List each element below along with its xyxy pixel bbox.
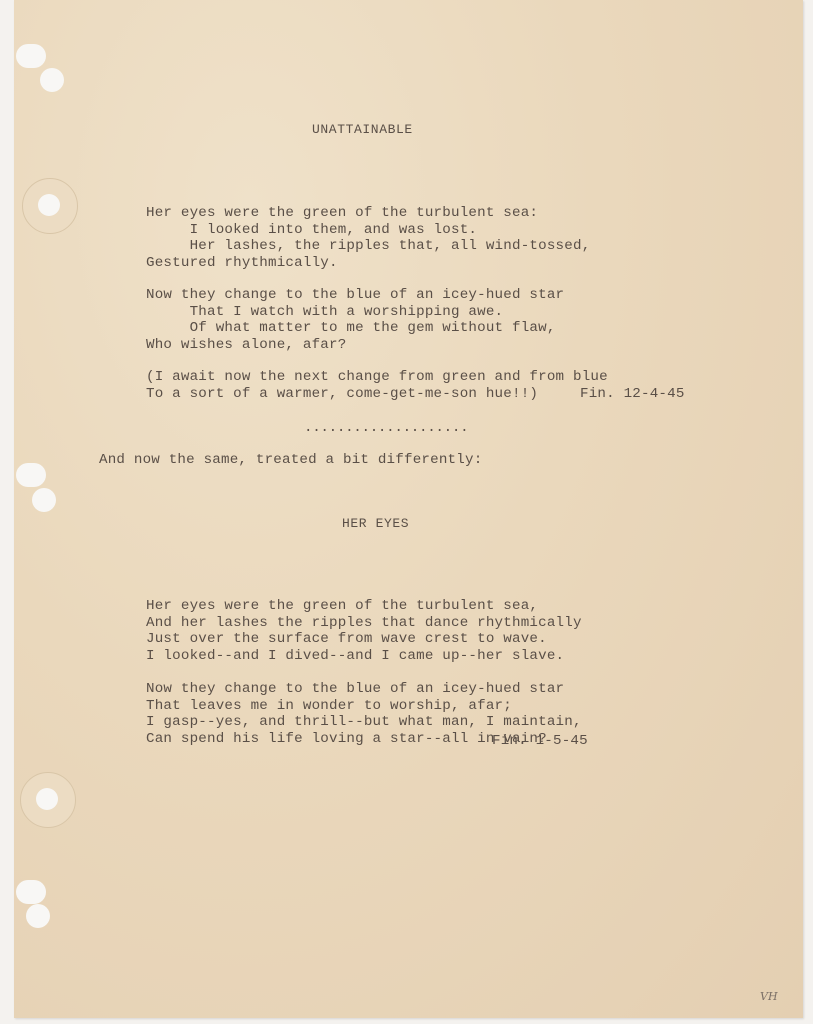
punch-hole	[16, 463, 46, 487]
typed-page	[14, 0, 803, 1018]
separator-dots: ....................	[304, 420, 468, 437]
poem1-date: Fin. 12-4-45	[580, 386, 685, 403]
punch-hole	[40, 68, 64, 92]
poem2-date: Fin. 1-5-45	[492, 733, 588, 750]
intro-line: And now the same, treated a bit differen…	[99, 452, 482, 469]
punch-hole	[32, 488, 56, 512]
handwritten-initials: VH	[760, 990, 778, 1003]
poem1-title: UNATTAINABLE	[312, 122, 413, 139]
poem1-stanza3: (I await now the next change from green …	[146, 336, 608, 419]
poem2-title: HER EYES	[342, 516, 409, 533]
punch-hole	[26, 904, 50, 928]
reinforced-hole	[20, 772, 76, 828]
punch-hole	[16, 880, 46, 904]
reinforced-hole	[22, 178, 78, 234]
punch-hole	[16, 44, 46, 68]
